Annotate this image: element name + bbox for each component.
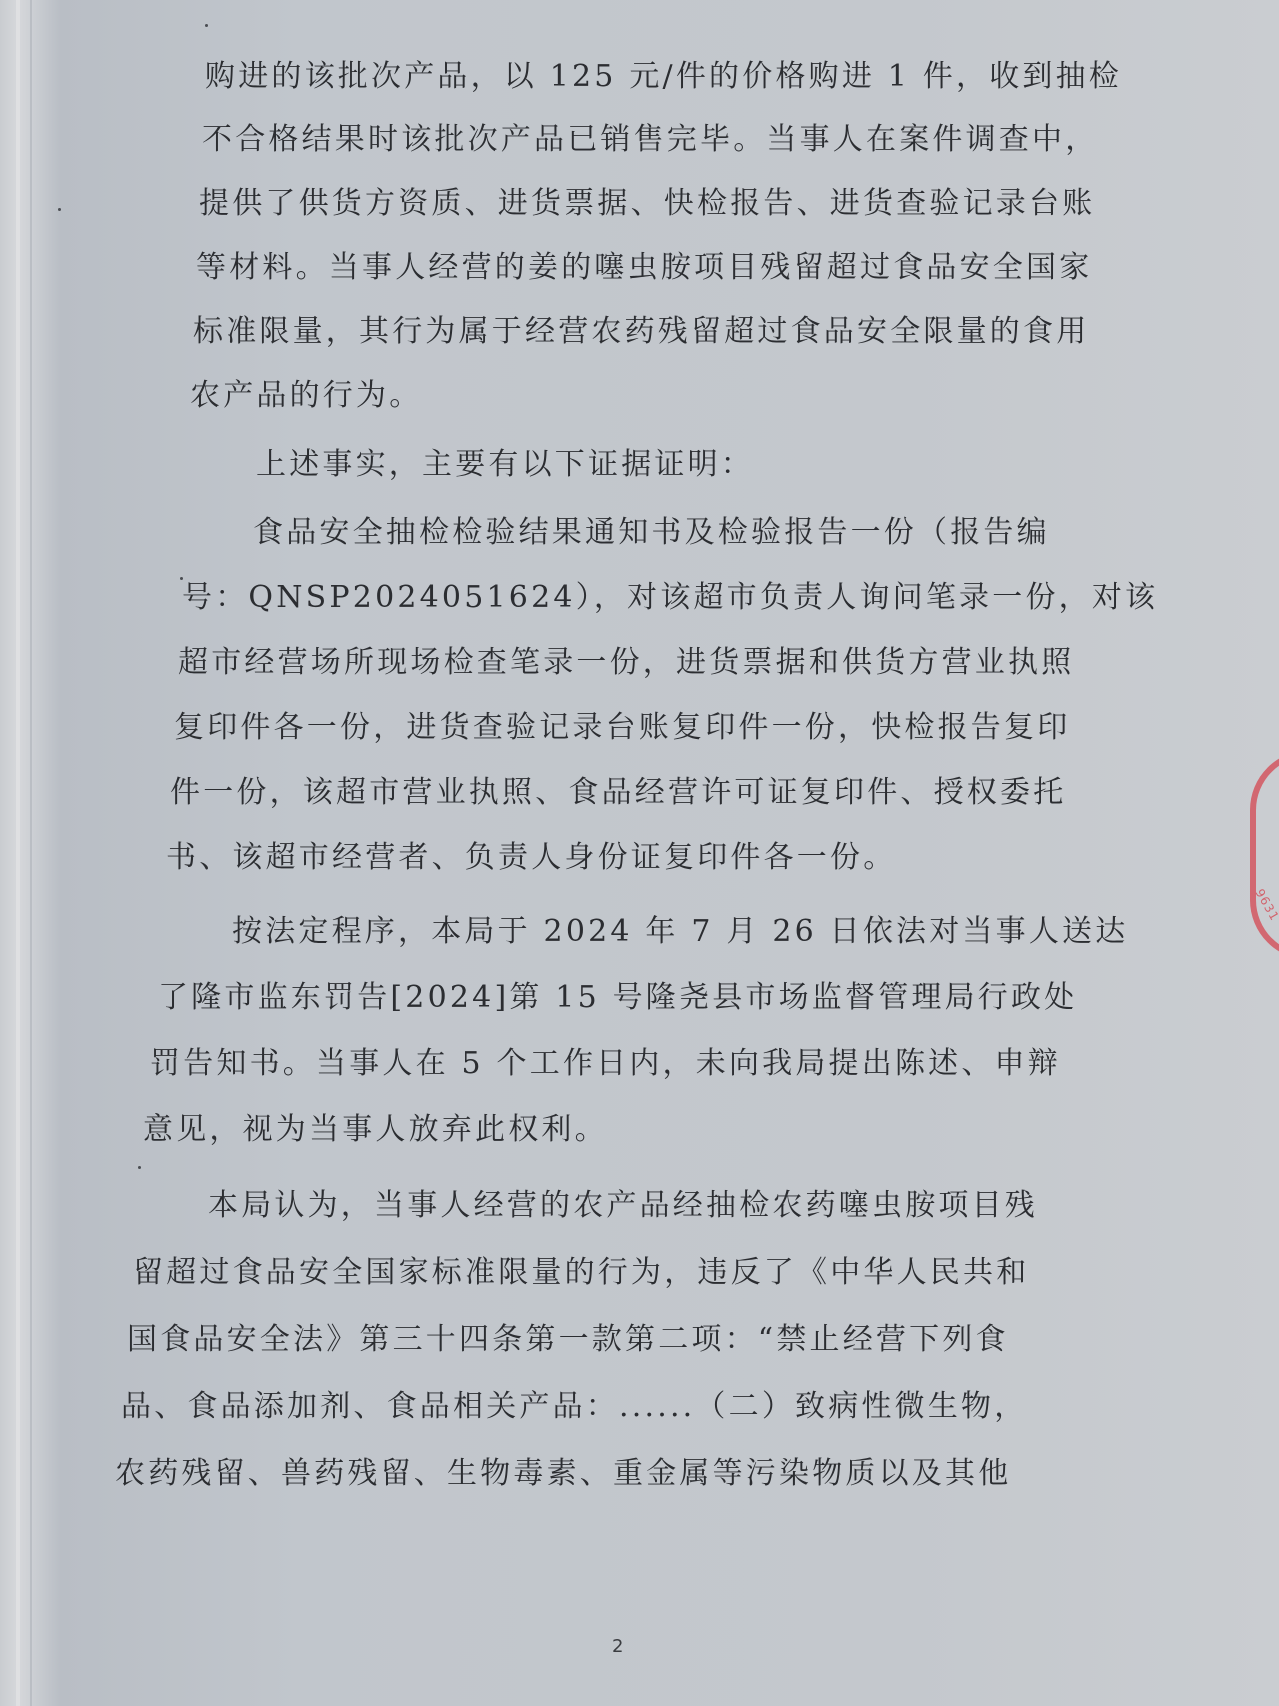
text-line: 书、该超市经营者、负责人身份证复印件各一份。 [166, 838, 896, 878]
document-page: 购进的该批次产品，以 125 元/件的价格购进 1 件，收到抽检 不合格结果时该… [0, 0, 1279, 1706]
text-line: 等材料。当事人经营的姜的噻虫胺项目残留超过食品安全国家 [196, 248, 1092, 288]
text-line: 件一份，该超市营业执照、食品经营许可证复印件、授权委托 [170, 773, 1066, 813]
text-line: 品、食品添加剂、食品相关产品：......（二）致病性微生物， [121, 1387, 1027, 1427]
text-line: 超市经营场所现场检查笔录一份，进货票据和供货方营业执照 [178, 643, 1074, 683]
text-line: 农药残留、兽药残留、生物毒素、重金属等污染物质以及其他 [115, 1454, 1011, 1494]
text-line: 购进的该批次产品，以 125 元/件的价格购进 1 件，收到抽检 [205, 57, 1122, 97]
text-line: 按法定程序，本局于 2024 年 7 月 26 日依法对当事人送达 [232, 912, 1128, 952]
text-line: 提供了供货方资质、进货票据、快检报告、进货查验记录台账 [199, 184, 1095, 224]
text-line: 留超过食品安全国家标准限量的行为，违反了《中华人民共和 [133, 1253, 1029, 1293]
page-number: 2 [612, 1636, 623, 1657]
text-line: 了隆市监东罚告[2024]第 15 号隆尧县市场监督管理局行政处 [158, 978, 1077, 1018]
paragraph-heading: 上述事实，主要有以下证据证明： [256, 445, 754, 485]
paper-speck [58, 208, 61, 211]
text-line: 不合格结果时该批次产品已销售完毕。当事人在案件调查中， [202, 120, 1098, 160]
paper-speck [180, 577, 183, 580]
text-line: 复印件各一份，进货查验记录台账复印件一份，快检报告复印 [174, 708, 1070, 748]
paper-speck [138, 1166, 141, 1169]
text-line: 意见，视为当事人放弃此权利。 [143, 1110, 608, 1150]
text-line: 本局认为，当事人经营的农产品经抽检农药噻虫胺项目残 [208, 1186, 1038, 1226]
text-line: 标准限量，其行为属于经营农药残留超过食品安全限量的食用 [193, 312, 1089, 352]
text-line: 罚告知书。当事人在 5 个工作日内，未向我局提出陈述、申辩 [150, 1044, 1061, 1084]
text-line: 号：QNSP2024051624），对该超市负责人询问笔录一份，对该 [182, 578, 1158, 618]
text-line: 农产品的行为。 [190, 376, 422, 416]
paper-speck [205, 24, 208, 27]
text-line: 食品安全抽检检验结果通知书及检验报告一份（报告编 [253, 513, 1050, 553]
text-line: 国食品安全法》第三十四条第一款第二项：“禁止经营下列食 [127, 1320, 1009, 1360]
